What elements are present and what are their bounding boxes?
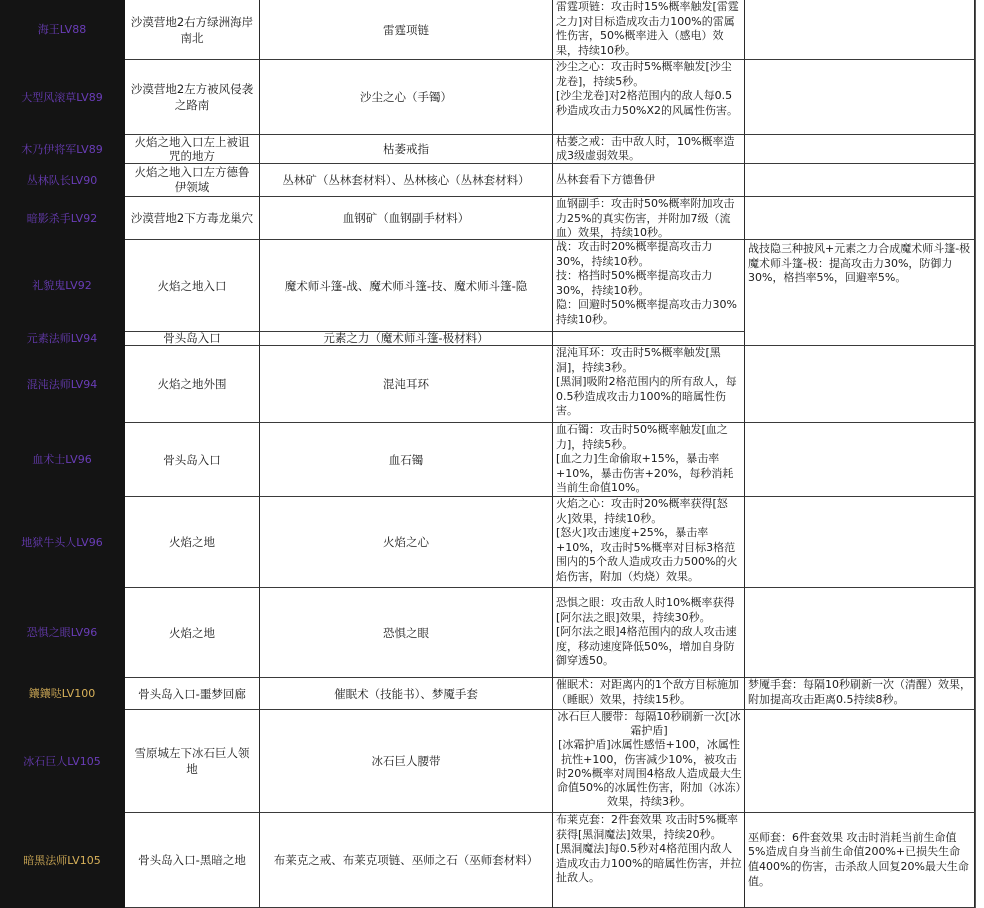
boss-drops: 混沌耳环 xyxy=(260,346,553,423)
boss-drops: 冰石巨人腰带 xyxy=(260,710,553,813)
boss-location: 骨头岛入口 xyxy=(125,332,260,346)
boss-location: 火焰之地入口 xyxy=(125,240,260,332)
boss-name: 大型风滚草LV89 xyxy=(0,60,125,135)
drop-note: 梦魇手套：每隔10秒刷新一次（清醒）效果，附加提高攻击距离0.5持续8秒。 xyxy=(745,678,975,710)
boss-drops: 雷霆项链 xyxy=(260,0,553,60)
boss-drops: 恐惧之眼 xyxy=(260,588,553,678)
drop-note xyxy=(745,423,975,497)
boss-name: 海王LV88 xyxy=(0,0,125,60)
drop-effect: 混沌耳环：攻击时5%概率触发[黑洞]，持续3秒。 [黑洞]吸附2格范围内的所有敌… xyxy=(553,346,745,423)
boss-name: 地狱牛头人LV96 xyxy=(0,497,125,588)
drop-note xyxy=(745,60,975,135)
drop-effect: 冰石巨人腰带：每隔10秒刷新一次[冰霜护盾] [冰霜护盾]冰属性感悟+100，冰… xyxy=(553,710,745,813)
boss-drops: 魔术师斗篷-战、魔术师斗篷-技、魔术师斗篷-隐 xyxy=(260,240,553,332)
boss-name: 鑲鑲哒LV100 xyxy=(0,678,125,710)
boss-name: 血术士LV96 xyxy=(0,423,125,497)
drop-effect: 血石镯：攻击时50%概率触发[血之力]，持续5秒。 [血之力]生命偷取+15%，… xyxy=(553,423,745,497)
drop-effect: 雷霆项链：攻击时15%概率触发[雷霆之力]对目标造成攻击力100%的雷属性伤害，… xyxy=(553,0,745,60)
drop-effect: 战：攻击时20%概率提高攻击力30%，持续10秒。 技：格挡时50%概率提高攻击… xyxy=(553,240,745,332)
boss-location: 火焰之地 xyxy=(125,588,260,678)
drop-note: 巫师套：6件套效果 攻击时消耗当前生命值5%造成自身当前生命值200%+已损失生… xyxy=(745,813,975,908)
boss-location: 火焰之地外围 xyxy=(125,346,260,423)
boss-name: 丛林队长LV90 xyxy=(0,164,125,197)
boss-drops: 血钢矿（血钢副手材料） xyxy=(260,197,553,240)
drop-note xyxy=(745,588,975,678)
boss-location: 沙漠营地2下方毒龙巢穴 xyxy=(125,197,260,240)
boss-location: 火焰之地入口左上被诅咒的地方 xyxy=(125,135,260,164)
boss-location: 火焰之地入口左方德鲁伊领域 xyxy=(125,164,260,197)
boss-location: 火焰之地 xyxy=(125,497,260,588)
boss-name: 暗黑法师LV105 xyxy=(0,813,125,908)
drop-note xyxy=(745,0,975,60)
drop-note xyxy=(745,710,975,813)
drop-effect: 恐惧之眼：攻击敌人时10%概率获得[阿尔法之眼]效果，持续30秒。 [阿尔法之眼… xyxy=(553,588,745,678)
drop-note xyxy=(745,164,975,197)
drop-effect: 沙尘之心：攻击时5%概率触发[沙尘龙卷]，持续5秒。 [沙尘龙卷]对2格范围内的… xyxy=(553,60,745,135)
boss-location: 雪原城左下冰石巨人领地 xyxy=(125,710,260,813)
drop-note xyxy=(745,135,975,164)
boss-drops: 丛林矿（丛林套材料）、丛林核心（丛林套材料） xyxy=(260,164,553,197)
drop-effect: 布莱克套：2件套效果 攻击时5%概率获得[黑洞魔法]效果，持续20秒。 [黑洞魔… xyxy=(553,813,745,908)
boss-name: 木乃伊将军LV89 xyxy=(0,135,125,164)
drop-effect: 催眠术：对距离内的1个敌方目标施加（睡眠）效果，持续15秒。 xyxy=(553,678,745,710)
boss-location: 骨头岛入口-黑暗之地 xyxy=(125,813,260,908)
boss-name: 混沌法师LV94 xyxy=(0,346,125,423)
boss-drop-table: 海王LV88 沙漠营地2右方绿洲海岸南北 雷霆项链 雷霆项链：攻击时15%概率触… xyxy=(0,0,975,908)
drop-note xyxy=(745,346,975,423)
drop-effect: 丛林套看下方德鲁伊 xyxy=(553,164,745,197)
boss-drops: 血石镯 xyxy=(260,423,553,497)
boss-drops: 布莱克之戒、布莱克项链、巫师之石（巫师套材料） xyxy=(260,813,553,908)
drop-effect: 枯萎之戒：击中敌人时，10%概率造成3级虚弱效果。 xyxy=(553,135,745,164)
boss-drops: 沙尘之心（手镯） xyxy=(260,60,553,135)
boss-drops: 元素之力（魔术师斗篷-极材料） xyxy=(260,332,553,346)
boss-name: 元素法师LV94 xyxy=(0,332,125,346)
drop-effect: 血钢副手：攻击时50%概率附加攻击力25%的真实伤害，并附加7级（流血）效果，持… xyxy=(553,197,745,240)
drop-note xyxy=(745,197,975,240)
boss-drops: 火焰之心 xyxy=(260,497,553,588)
boss-name: 冰石巨人LV105 xyxy=(0,710,125,813)
drop-note: 战技隐三种披风+元素之力合成魔术师斗篷-极 魔术师斗篷-极：提高攻击力30%，防… xyxy=(745,240,975,346)
boss-name: 暗影杀手LV92 xyxy=(0,197,125,240)
boss-drops: 催眠术（技能书）、梦魇手套 xyxy=(260,678,553,710)
boss-drops: 枯萎戒指 xyxy=(260,135,553,164)
drop-note xyxy=(745,497,975,588)
drop-effect: 火焰之心：攻击时20%概率获得[怒火]效果，持续10秒。 [怒火]攻击速度+25… xyxy=(553,497,745,588)
boss-location: 骨头岛入口-噩梦回廊 xyxy=(125,678,260,710)
boss-location: 沙漠营地2右方绿洲海岸南北 xyxy=(125,0,260,60)
boss-location: 沙漠营地2左方被风侵袭之路南 xyxy=(125,60,260,135)
boss-name: 恐惧之眼LV96 xyxy=(0,588,125,678)
boss-name: 礼貌鬼LV92 xyxy=(0,240,125,332)
boss-location: 骨头岛入口 xyxy=(125,423,260,497)
drop-effect xyxy=(553,332,745,346)
right-edge-strip xyxy=(975,0,984,908)
